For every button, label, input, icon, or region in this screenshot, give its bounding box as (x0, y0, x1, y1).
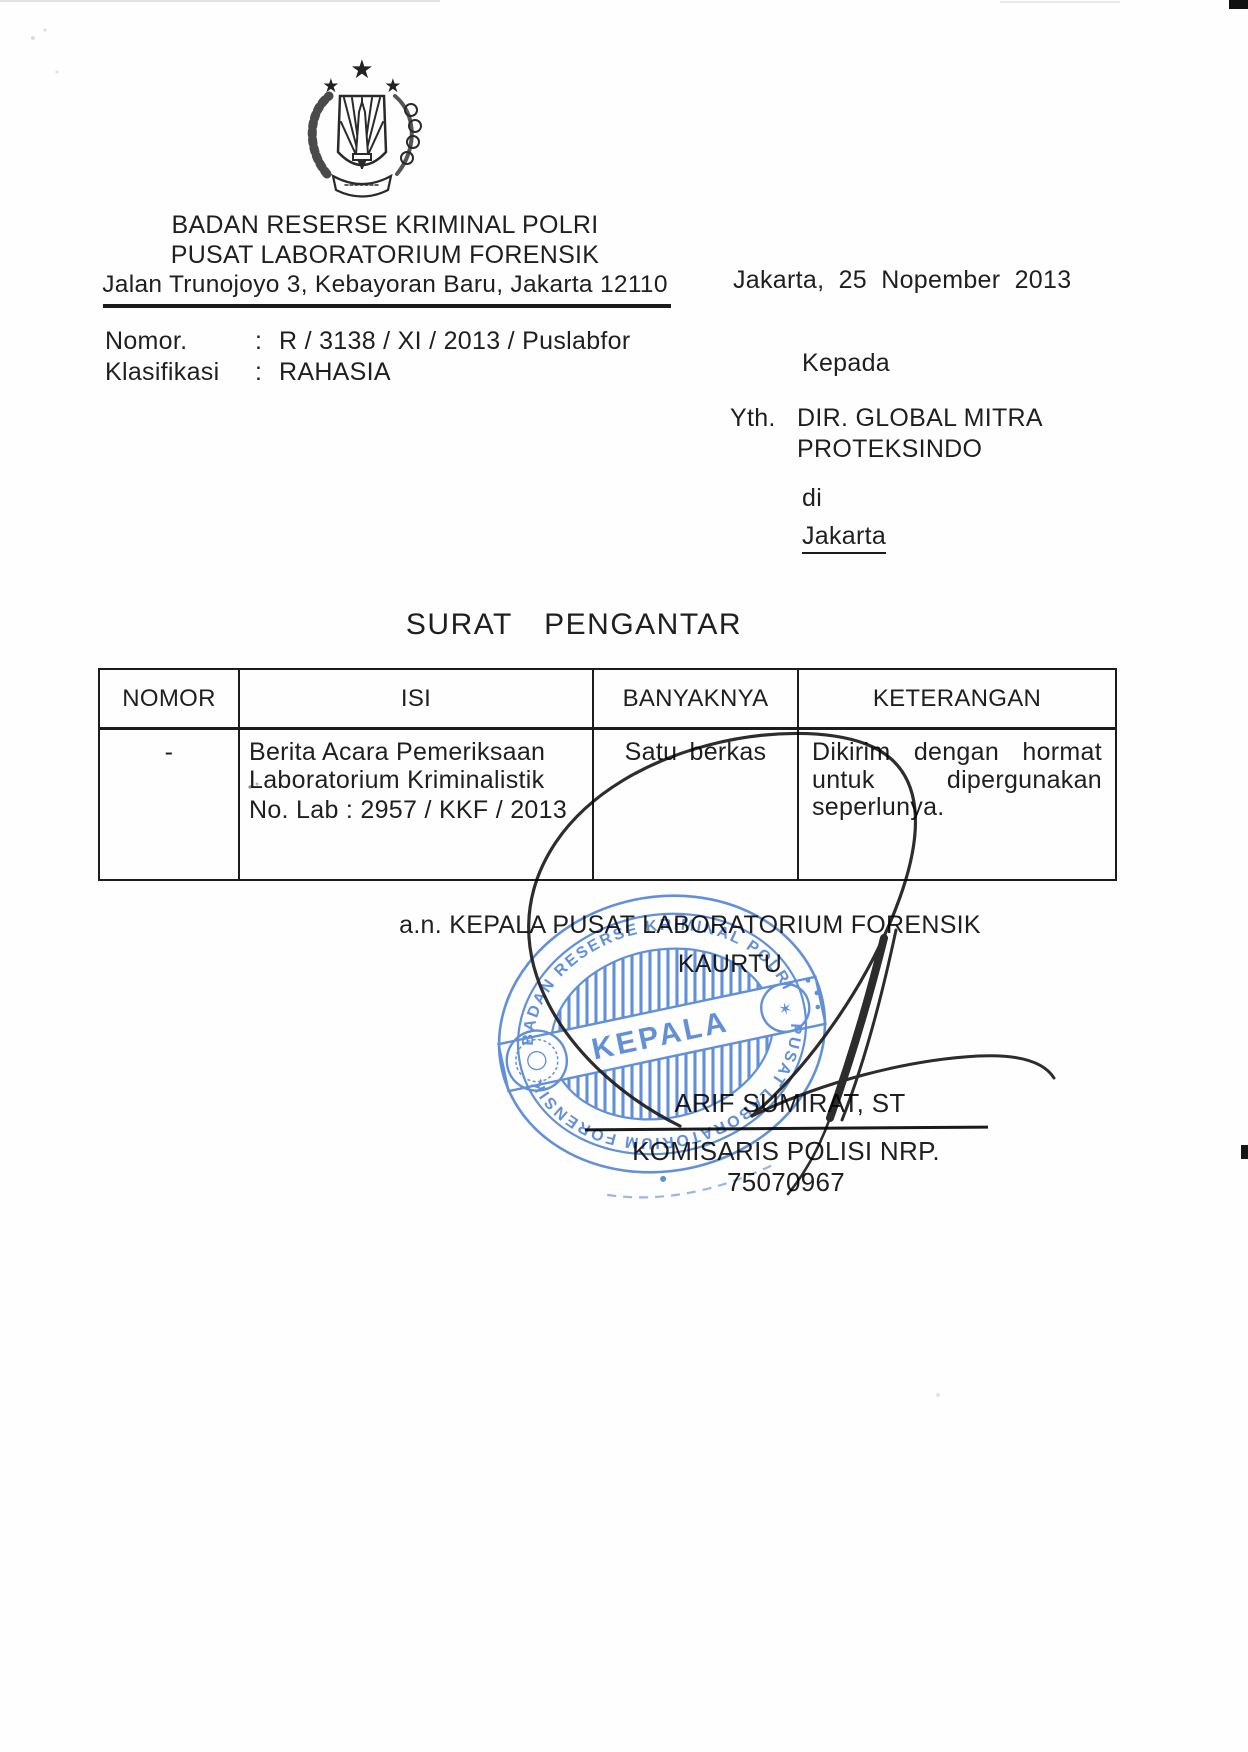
word: Dikirim (812, 739, 890, 767)
word: hormat (1022, 739, 1102, 767)
document-title: SURAT PENGANTAR (64, 608, 1084, 642)
recipient-name-2: PROTEKSINDO (797, 434, 982, 464)
yth-label: Yth. (730, 403, 776, 433)
kaurtu-line: KAURTU (400, 949, 1060, 979)
col-header-isi: ISI (239, 669, 593, 729)
star-icon: ★ (350, 55, 374, 85)
cell-isi: Berita Acara Pemeriksaan Laboratorium Kr… (239, 729, 593, 881)
letterhead: BADAN RESERSE KRIMINAL POLRI PUSAT LABOR… (95, 210, 675, 300)
signature-underline (585, 1126, 988, 1131)
cell-banyaknya: Satu berkas (593, 729, 798, 881)
stamp-star-icon: ✶ (776, 998, 794, 1021)
content-table: NOMOR ISI BANYAKNYA KETERANGAN - Berita … (98, 668, 1117, 881)
cell-keterangan: Dikirim dengan hormat untuk dipergunakan… (798, 729, 1116, 881)
org-line-2: PUSAT LABORATORIUM FORENSIK (95, 240, 675, 270)
banner-ribbon (333, 176, 391, 197)
word: untuk (812, 767, 875, 795)
date-line: Jakarta, 25 Nopember 2013 (733, 265, 1071, 295)
stamp-center-text: KEPALA (589, 1005, 732, 1066)
signer-name: ARIF SUMIRAT, ST (590, 1088, 990, 1119)
isi-line: Laboratorium Kriminalistik (249, 767, 586, 795)
org-address: Jalan Trunojoyo 3, Kebayoran Baru, Jakar… (95, 270, 675, 300)
word: dengan (914, 739, 999, 767)
letterhead-divider (103, 304, 671, 308)
colon: : (255, 326, 279, 357)
an-kepala-line: a.n. KEPALA PUSAT LABORATORIUM FORENSIK (360, 910, 1020, 940)
col-header-nomor: NOMOR (99, 669, 239, 729)
col-header-banyaknya: BANYAKNYA (593, 669, 798, 729)
colon: : (255, 357, 279, 388)
star-icon: ★ (384, 75, 401, 97)
table-row: - Berita Acara Pemeriksaan Laboratorium … (99, 729, 1116, 881)
meta-block: Nomor. : R / 3138 / XI / 2013 / Puslabfo… (105, 326, 665, 388)
signer-rank-nrp: KOMISARIS POLISI NRP. 75070967 (586, 1136, 986, 1198)
nomor-label: Nomor. (105, 326, 255, 357)
klasifikasi-label: Klasifikasi (105, 357, 255, 388)
keterangan-line: seperlunya. (812, 794, 1102, 822)
recipient-city: Jakarta (802, 521, 886, 554)
scanned-letter-page: ★ ★ ★ BADAN RESE (0, 0, 1248, 1752)
kepada-label: Kepada (802, 348, 890, 378)
klasifikasi-value: RAHASIA (279, 357, 665, 388)
nomor-value: R / 3138 / XI / 2013 / Puslabfor (279, 326, 665, 357)
recipient-name-1: DIR. GLOBAL MITRA (797, 403, 1043, 433)
word: dipergunakan (947, 767, 1102, 795)
wreath-left (312, 96, 329, 174)
isi-line: No. Lab : 2957 / KKF / 2013 (249, 797, 586, 825)
di-label: di (802, 483, 822, 513)
cell-nomor: - (99, 729, 239, 881)
keterangan-line: Dikirim dengan hormat (812, 739, 1102, 767)
isi-line: Berita Acara Pemeriksaan (249, 739, 586, 767)
keterangan-line: untuk dipergunakan (812, 767, 1102, 795)
col-header-keterangan: KETERANGAN (798, 669, 1116, 729)
polri-emblem: ★ ★ ★ (287, 52, 437, 210)
org-line-1: BADAN RESERSE KRIMINAL POLRI (95, 210, 675, 240)
table-header-row: NOMOR ISI BANYAKNYA KETERANGAN (99, 669, 1116, 729)
